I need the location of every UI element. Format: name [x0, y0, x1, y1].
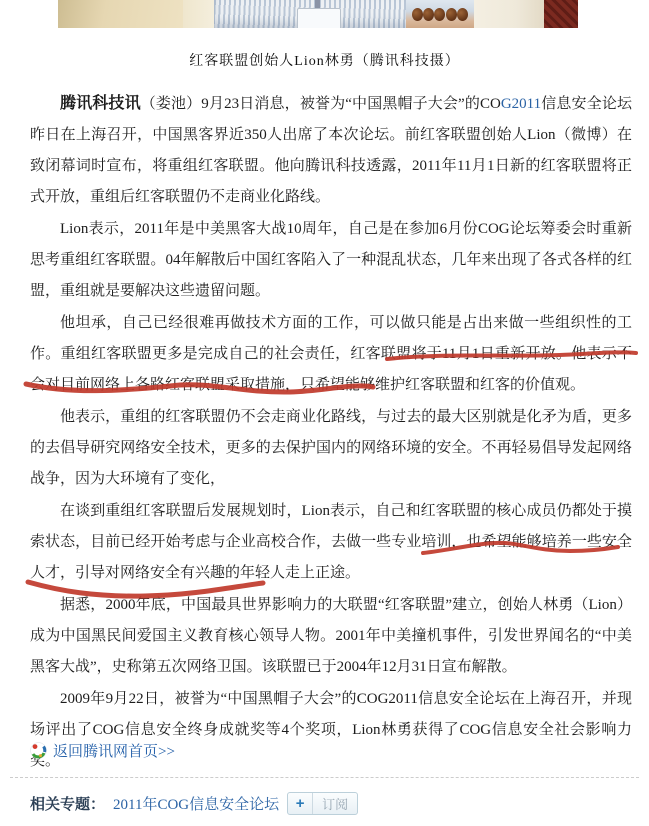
photo-couch-area	[58, 0, 193, 28]
related-topics-bar: 相关专题： 2011年COG信息安全论坛 + 订阅	[30, 792, 358, 815]
photo-sleeve-pillow	[474, 0, 544, 28]
photo-bracelet-bead	[446, 8, 457, 21]
photo-badge	[297, 8, 341, 28]
article-paragraph: Lion表示，2011年是中美黑客大战10周年，自己是在参加6月份COG论坛筹委…	[30, 214, 632, 307]
article-paragraph: 他坦承，自己已经很难再做技术方面的工作，可以做只能是占出来做一些组织性的工作。重…	[30, 308, 632, 401]
article-photo	[58, 0, 578, 28]
subscribe-button-label: 订阅	[312, 793, 357, 814]
article-paragraph: 2009年9月22日，被誉为“中国黑帽子大会”的COG2011信息安全论坛在上海…	[30, 684, 632, 777]
related-topics-label: 相关专题：	[30, 793, 105, 814]
inline-link[interactable]: G2011	[501, 96, 541, 112]
text-segment: （娄池）9月23日消息，被誉为“中国黑帽子大会”的CO	[141, 96, 501, 112]
article-body: 腾讯科技讯（娄池）9月23日消息，被誉为“中国黑帽子大会”的COG2011信息安…	[30, 88, 632, 778]
text-segment: 他坦承，自己已经很难再做技术方面的工作，可以做只能是占出来做一些组织性的工作。重…	[30, 315, 632, 393]
tencent-logo-icon	[30, 742, 47, 759]
photo-bracelet-bead	[423, 8, 434, 21]
article-paragraph: 腾讯科技讯（娄池）9月23日消息，被誉为“中国黑帽子大会”的COG2011信息安…	[30, 88, 632, 213]
text-segment: Lion表示，2011年是中美黑客大战10周年，自己是在参加6月份COG论坛筹委…	[30, 221, 632, 299]
text-segment: 信息安全论坛昨日在上海召开，中国黑客界近350人出席了本次论坛。前红客联盟创始人…	[30, 96, 632, 205]
text-segment: 他表示，重组的红客联盟仍不会走商业化路线，与过去的最大区别就是化矛为盾，更多的去…	[30, 409, 632, 487]
article-paragraph: 在谈到重组红客联盟后发展规划时，Lion表示，自己和红客联盟的核心成员仍都处于摸…	[30, 496, 632, 589]
plus-icon: +	[288, 793, 312, 814]
text-segment: 在谈到重组红客联盟后发展规划时，Lion表示，自己和红客联盟的核心成员仍都处于摸…	[30, 503, 632, 581]
article-paragraph: 据悉，2000年底，中国最具世界影响力的大联盟“红客联盟”建立，创始人林勇（Li…	[30, 590, 632, 683]
photo-caption: 红客联盟创始人Lion林勇（腾讯科技摄）	[0, 50, 649, 70]
related-topic-link[interactable]: 2011年COG信息安全论坛	[113, 793, 279, 814]
home-link-row: 返回腾讯网首页>>	[30, 738, 175, 762]
photo-carpet	[544, 0, 578, 28]
section-divider	[10, 777, 639, 778]
article-paragraph: 他表示，重组的红客联盟仍不会走商业化路线，与过去的最大区别就是化矛为盾，更多的去…	[30, 402, 632, 495]
article-source-label: 腾讯科技讯	[60, 95, 141, 112]
back-to-tencent-home-link[interactable]: 返回腾讯网首页>>	[53, 740, 175, 761]
text-segment: 据悉，2000年底，中国最具世界影响力的大联盟“红客联盟”建立，创始人林勇（Li…	[30, 597, 632, 675]
photo-bracelet-bead	[412, 8, 423, 21]
subscribe-button[interactable]: + 订阅	[287, 792, 358, 815]
